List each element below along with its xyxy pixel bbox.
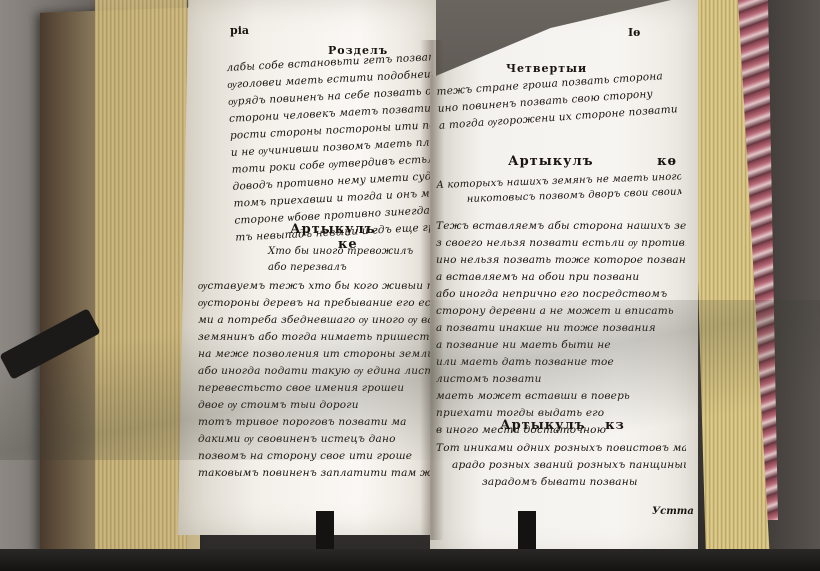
right-article-1-heading: Артыкулъ кѳ xyxy=(508,154,677,169)
right-top-text: тежъ стране гроша позвать сторона ино по… xyxy=(436,67,684,135)
photo-scene: ріа Розделъ лабы собе встановьти гетъ по… xyxy=(0,0,820,571)
right-article-2-body: Тот иниками одних розныхъ повистовъ мает… xyxy=(436,440,686,491)
right-running-head: Четвертыи xyxy=(506,62,587,75)
right-folio-number: Іѳ xyxy=(628,26,640,39)
book-spine-shadow xyxy=(420,40,444,540)
right-article-1-body: Тежъ вставляемъ абы сторона нашихъ земян… xyxy=(436,218,686,439)
left-folio-number: ріа xyxy=(230,24,249,37)
left-top-text: лабы собе встановьти гетъ позвать ѹголов… xyxy=(226,49,441,246)
right-page: Іѳ Четвертыи тежъ стране гроша позвать с… xyxy=(430,0,698,560)
right-article-1-subtitle: А которыхъ нашихъ земянъ не маеть иного … xyxy=(436,169,682,208)
right-catchword: Устта xyxy=(652,506,694,517)
gilt-page-edges-left xyxy=(95,0,187,560)
left-body-text: ѹставуемъ тежъ хто бы кого живыи право ѹ… xyxy=(198,278,434,482)
display-shelf xyxy=(0,549,820,571)
left-article-subtitle: Хто бы иного тревожилъ або перезвалъ xyxy=(268,244,433,276)
right-article-1-number: кѳ xyxy=(657,154,677,169)
left-page: ріа Розделъ лабы собе встановьти гетъ по… xyxy=(178,0,436,535)
right-article-2-heading: Артыкулъ кз xyxy=(500,418,625,433)
right-article-2-number: кз xyxy=(605,418,625,433)
